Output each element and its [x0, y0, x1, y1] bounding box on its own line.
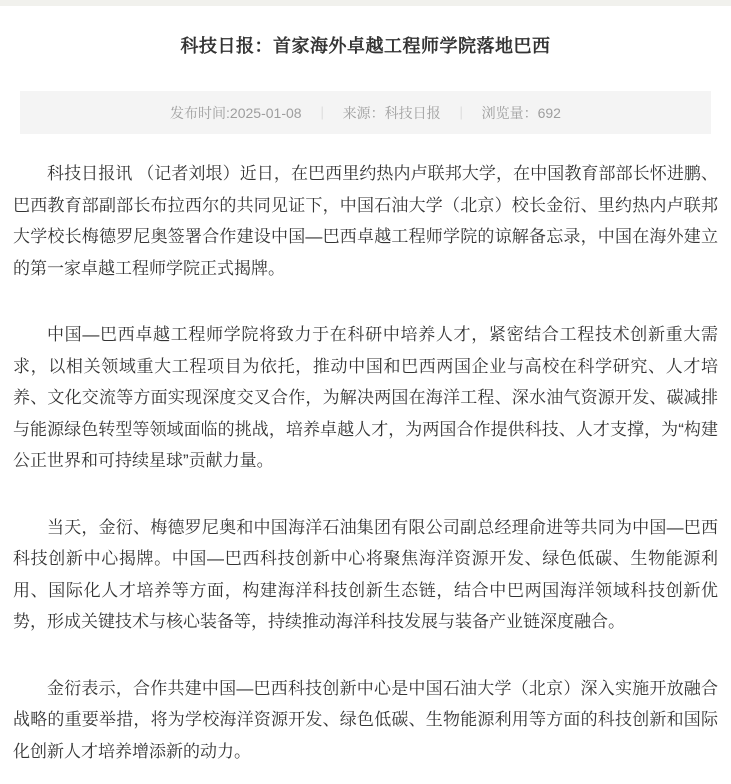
article-paragraph: 中国—巴西卓越工程师学院将致力于在科研中培养人才，紧密结合工程技术创新重大需求，… — [13, 319, 718, 477]
page-title: 科技日报：首家海外卓越工程师学院落地巴西 — [0, 32, 731, 60]
meta-separator: ｜ — [302, 103, 343, 122]
source: 来源：科技日报 — [343, 103, 441, 123]
publish-time: 发布时间:2025-01-08 — [170, 103, 302, 123]
article-meta-bar: 发布时间:2025-01-08 ｜ 来源：科技日报 ｜ 浏览量：692 — [20, 91, 711, 134]
article-paragraph: 科技日报讯 （记者刘垠）近日，在巴西里约热内卢联邦大学，在中国教育部部长怀进鹏、… — [13, 158, 718, 284]
meta-separator: ｜ — [441, 103, 482, 122]
top-strip — [0, 0, 731, 6]
article-paragraph: 当天，金衍、梅德罗尼奥和中国海洋石油集团有限公司副总经理俞进等共同为中国—巴西科… — [13, 512, 718, 638]
article-body: 科技日报讯 （记者刘垠）近日，在巴西里约热内卢联邦大学，在中国教育部部长怀进鹏、… — [0, 158, 731, 767]
view-count: 浏览量：692 — [482, 103, 561, 123]
article-paragraph: 金衍表示，合作共建中国—巴西科技创新中心是中国石油大学（北京）深入实施开放融合战… — [13, 673, 718, 768]
